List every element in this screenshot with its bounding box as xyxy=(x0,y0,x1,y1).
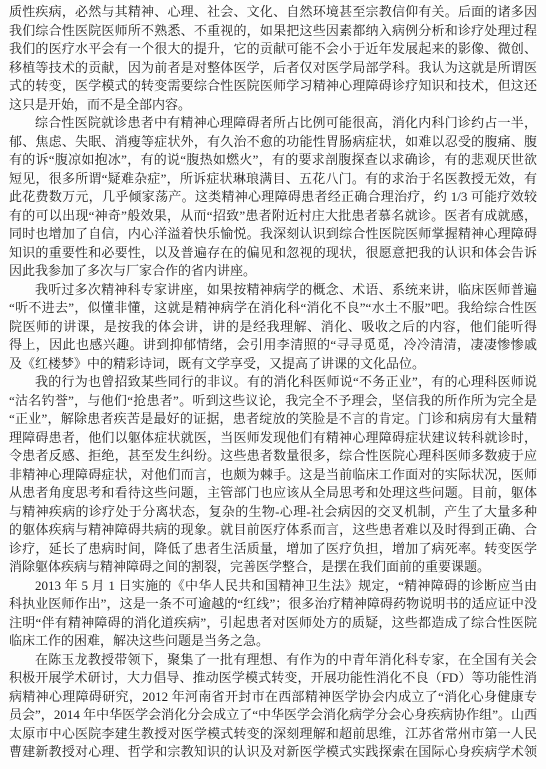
text-line: 院医师的讲课，是按我的体会讲，讲的是经我理解、消化、吸收之后的内容，他们能听得懂… xyxy=(9,318,537,337)
text-line: 太原市中心医院李建生教授对医学模式转变的深刻理解和超前思维，江苏省常州市第一人民… xyxy=(9,725,537,744)
text-line: 2013 年 5 月 1 日实施的《中华人民共和国精神卫生法》规定，“精神障碍的… xyxy=(9,577,537,596)
text-line: 与精神疾病的诊疗处于分离状态，复杂的生物-心理-社会病因的交叉机制，产生了大量多… xyxy=(9,503,537,522)
text-line: 诊疗，延长了患病时间，降低了患者生活质量，增加了医疗负担，增加了病死率。转变医学… xyxy=(9,540,537,559)
text-line: 非精神心理障碍症状，对他们而言，也颇为棘手。这是当前临床工作面对的实际状况，医师… xyxy=(9,466,537,485)
text-line: 短见，很多所谓“疑难杂症”，所诉症状琳琅满目、五花八门。有的求治于名医教授无效，… xyxy=(9,170,537,189)
text-line: “听不进去”，似懂非懂，这就是精神病学在消化科“消化不良”“水土不服”吧。我给综… xyxy=(9,299,537,318)
text-line: 员会”，2014 年中华医学会消化分会成立了“中华医学会消化病学分会心身疾病协作… xyxy=(9,706,537,725)
text-line: 因此我参加了多次与厂家合作的省内讲座。 xyxy=(9,262,537,281)
text-line: 我们的医疗水平会有一个很大的提升，它的贡献可能不会小于近年发展起来的影像、微创、… xyxy=(9,40,537,59)
text-line: 我们综合性医院医师所不熟悉、不重视的，如果把这些因素都纳入病例分析和诊疗处理过程… xyxy=(9,22,537,41)
text-line: 这只是开始，而不是全部内容。 xyxy=(9,96,537,115)
text-line: 病精神心理障碍研究，2012 年河南省开封市在西部精神医学协会内成立了“消化心身… xyxy=(9,688,537,707)
text-line: 理障碍患者，他们以躯体症状就医，当医师发现他们有精神心理障碍症状建议转科就诊时，… xyxy=(9,429,537,448)
text-line: 消除躯体疾病与精神障碍之间的割裂，完善医学整合，是摆在我们面前的重要课题。 xyxy=(9,558,537,577)
text-line: 得上，因此也感兴趣。讲到抑郁情绪，会引用李清照的“寻寻觅觅，冷冷清清，凄凄惨惨戚… xyxy=(9,336,537,355)
text-line: 从患者角度思考和看待这些问题，主管部门也应该从全局思考和处理这些问题。目前，躯体… xyxy=(9,484,537,503)
text-line: 令患者反感、拒绝，甚至发生纠纷。这些患者数量很多，综合性医院心理科医师多数疲于应… xyxy=(9,447,537,466)
text-line: 科执业医师作出”，这是一条不可逾越的“红线”；很多治疗精神障碍药物说明书的适应证… xyxy=(9,595,537,614)
text-line: 此花费数万元，几乎倾家荡产。这类精神心理障碍患者经正确合理治疗，约 1/3 可能… xyxy=(9,188,537,207)
text-line: 综合性医院就诊患者中有精神心理障碍者所占比例可能很高，消化内科门诊约占一半，除抑 xyxy=(9,114,537,133)
text-line: 在陈玉龙教授带领下，聚集了一批有理想、有作为的中青年消化科专家，在全国有关会议上 xyxy=(9,651,537,670)
text-line: 我听过多次精神科专家讲座，如果按精神病学的概念、术语、系统来讲，临床医师普遍感觉 xyxy=(9,281,537,300)
text-line: 注明“伴有精神障碍的消化道疾病”，引起患者对医师处方的质疑，这些都造成了综合性医… xyxy=(9,614,537,633)
document-page: 质性疾病，必然与其精神、心理、社会、文化、自然环境甚至宗教信仰有关。后面的诸多因… xyxy=(0,0,546,769)
text-line: 曹建新教授对心理、哲学和宗教知识的认识及对新医学模式实践探索在国际心身疾病学术领… xyxy=(9,743,537,762)
text-line: 我的行为也曾招致某些同行的非议。有的消化科医师说“不务正业”，有的心理科医师说 xyxy=(9,373,537,392)
text-line: 临床工作的困难，解决这些问题是当务之急。 xyxy=(9,632,537,651)
text-line: 同时也增加了自信，内心洋溢着快乐愉悦。我深刻认识到综合性医院医师掌握精神心理障碍… xyxy=(9,225,537,244)
body-text: 质性疾病，必然与其精神、心理、社会、文化、自然环境甚至宗教信仰有关。后面的诸多因… xyxy=(9,3,537,762)
text-line: 及《红楼梦》中的精彩诗词，既有文学享受，又提高了讲课的文化品位。 xyxy=(9,355,537,374)
text-line: 积极开展学术研讨，大力倡导、推动医学模式转变，开展功能性消化不良（FD）等功能性… xyxy=(9,669,537,688)
text-line: 有的诉“腹凉如抱冰”，有的说“腹热如燃火”，有的要求剖腹探查以求确诊，有的悲观厌… xyxy=(9,151,537,170)
text-line: 郁、焦虑、失眠、消瘦等症状外，有久治不愈的功能性胃肠病症状，如难以忍受的腹痛、腹… xyxy=(9,133,537,152)
text-line: 质性疾病，必然与其精神、心理、社会、文化、自然环境甚至宗教信仰有关。后面的诸多因… xyxy=(9,3,537,22)
text-line: 有的可以出现“神奇”般效果，从而“招致”患者附近村庄大批患者慕名就诊。医者有成就… xyxy=(9,207,537,226)
text-line: 知识的重要性和必要性，以及普遍存在的偏见和忽视的现状，很愿意把我的认识和体会告诉… xyxy=(9,244,537,263)
text-line: “正业”，解除患者疾苦是最好的证据，患者绽放的笑脸是不言的肯定。门诊和病房有大量… xyxy=(9,410,537,429)
text-line: 移植等技术的贡献，因为前者是对整体医学，后者仅对医学局部学科。我认为这就是所谓医… xyxy=(9,59,537,78)
text-line: “沽名钓誉”，与他们“抢患者”。听到这些议论，我完全不予理会，坚信我的所作所为完… xyxy=(9,392,537,411)
text-line: 的躯体疾病与精神障碍共病的现象。就目前医疗体系而言，这些患者难以及时得到正确、合… xyxy=(9,521,537,540)
text-line: 式的转变，医学模式的转变需要综合性医院医师学习精神心理障碍诊疗知识和技术，但这还… xyxy=(9,77,537,96)
